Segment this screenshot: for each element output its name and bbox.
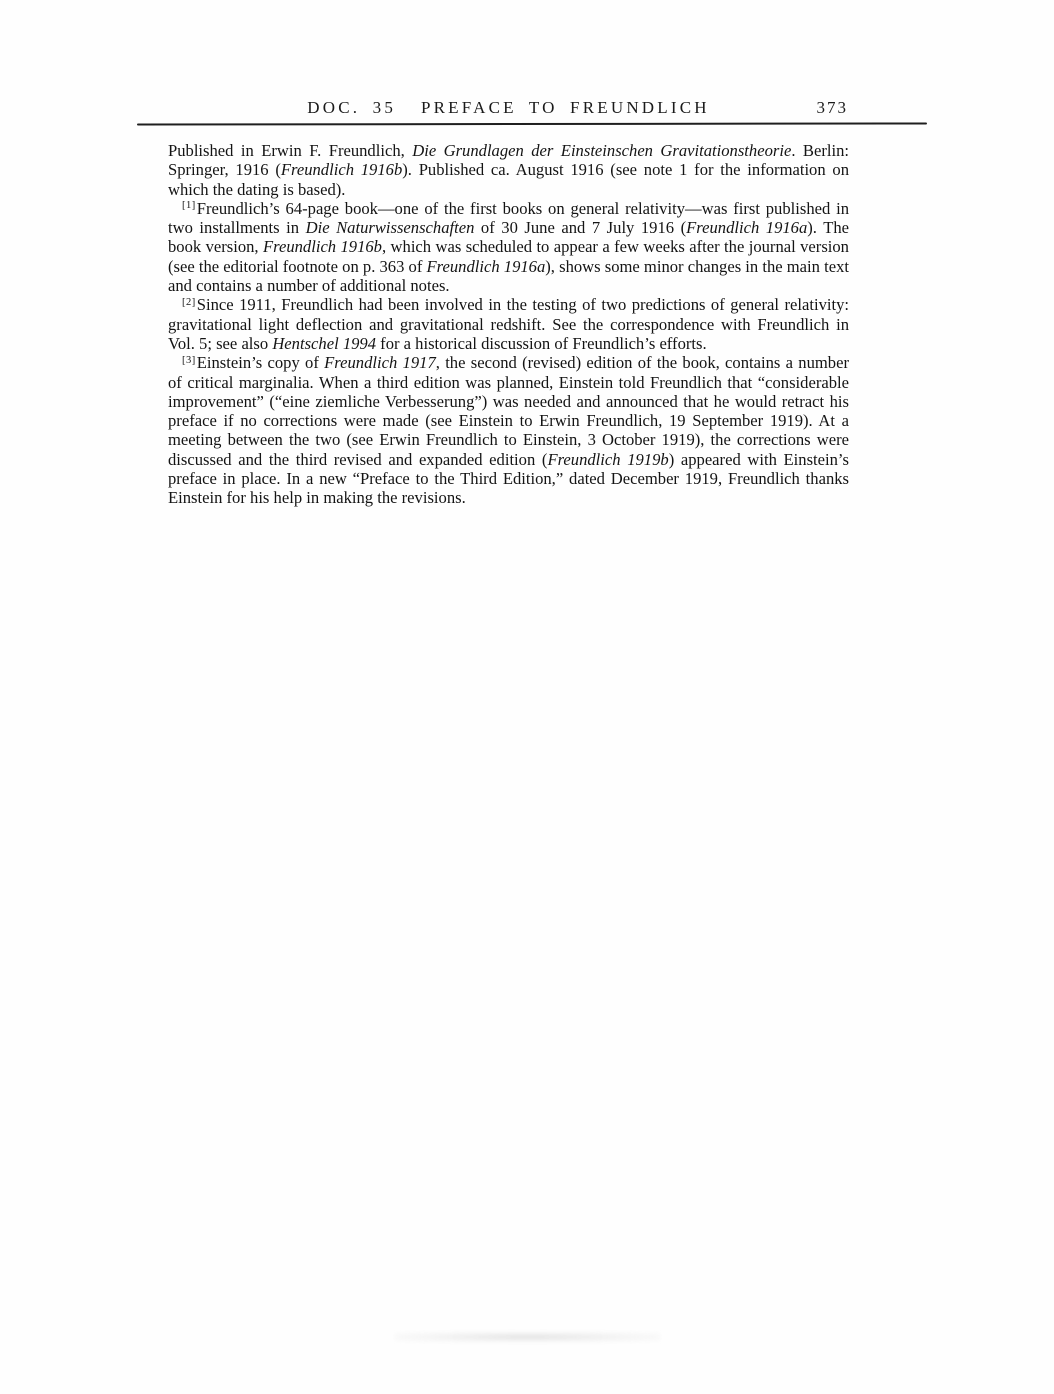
citation-italic: Hentschel 1994 [272, 334, 376, 353]
footnote-marker: [2] [182, 297, 196, 308]
citation-italic: Freundlich 1916b [263, 237, 382, 256]
editorial-note-text: Published in Erwin F. Freundlich, Die Gr… [168, 141, 849, 508]
citation-italic: Freundlich 1919b [547, 450, 668, 469]
header-rule [137, 122, 927, 125]
footnote-marker: [3] [182, 355, 196, 366]
paragraph: [1]Freundlich’s 64-page book—one of the … [168, 199, 849, 295]
paragraph: Published in Erwin F. Freundlich, Die Gr… [168, 141, 849, 199]
page-number: 373 [760, 98, 848, 118]
footnote-marker: [1] [182, 200, 196, 211]
citation-italic: Freundlich 1916b [281, 160, 402, 179]
text-run: for a historical discussion of Freundlic… [376, 334, 707, 353]
citation-italic: Die Grundlagen der Einsteinschen Gravita… [412, 141, 791, 160]
paragraph: [3]Einstein’s copy of Freundlich 1917, t… [168, 353, 849, 507]
text-run: of 30 June and 7 July 1916 ( [474, 218, 686, 237]
citation-italic: Freundlich 1916a [427, 257, 546, 276]
citation-italic: Die Naturwissenschaften [306, 218, 475, 237]
scan-smudge [395, 1332, 660, 1342]
citation-italic: Freundlich 1917 [324, 353, 436, 372]
citation-italic: Freundlich 1916a [686, 218, 807, 237]
text-run: Einstein’s copy of [197, 353, 324, 372]
text-run: Published in Erwin F. Freundlich, [168, 141, 412, 160]
scanned-book-page: DOC. 35 PREFACE TO FREUNDLICH 373 Publis… [0, 0, 1054, 1394]
running-header: DOC. 35 PREFACE TO FREUNDLICH [168, 98, 849, 118]
paragraph: [2]Since 1911, Freundlich had been invol… [168, 295, 849, 353]
